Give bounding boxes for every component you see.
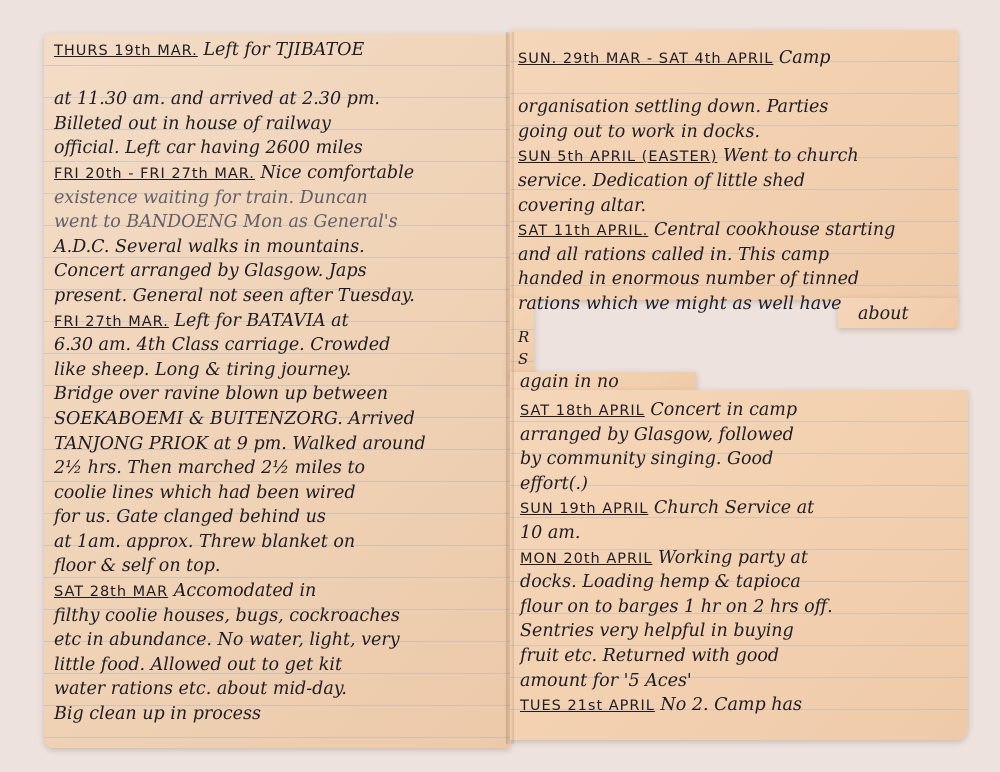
diary-line: and all rations called in. This camp (518, 243, 895, 268)
right-page-top-text: SUN. 29th MAR - SAT 4th APRIL Camp organ… (518, 46, 895, 317)
diary-line: filthy coolie houses, bugs, cockroaches (54, 604, 426, 629)
right-page-bottom-text: SAT 18th APRIL Concert in camp arranged … (520, 398, 833, 718)
torn-strip-text: again in no (520, 370, 619, 395)
diary-line: SUN 5th APRIL (EASTER) Went to church (518, 144, 895, 169)
torn-flap-text: about (858, 302, 908, 327)
diary-line: 2½ hrs. Then marched 2½ miles to (54, 456, 426, 481)
diary-line: amount for '5 Aces' (520, 669, 833, 694)
diary-line: SAT 18th APRIL Concert in camp (520, 398, 833, 423)
diary-line: organisation settling down. Parties (518, 95, 895, 120)
diary-line: 10 am. (520, 521, 833, 546)
diary-line: service. Dedication of little shed (518, 169, 895, 194)
diary-line: rations which we might as well have (518, 292, 895, 317)
diary-line: covering altar. (518, 194, 895, 219)
diary-line: SOEKABOEMI & BUITENZORG. Arrived (54, 407, 426, 432)
diary-line: for us. Gate clanged behind us (54, 505, 426, 530)
diary-line: at 1am. approx. Threw blanket on (54, 530, 426, 555)
diary-line: SUN 19th APRIL Church Service at (520, 496, 833, 521)
diary-line: water rations etc. about mid-day. (54, 677, 426, 702)
edge-letter: S (518, 348, 529, 370)
diary-line: going out to work in docks. (518, 120, 895, 145)
diary-line: MON 20th APRIL Working party at (520, 546, 833, 571)
strip-words: again in no (520, 370, 619, 395)
diary-line: THURS 19th MAR. Left for TJIBATOE (54, 38, 426, 63)
diary-line: arranged by Glasgow, followed (520, 423, 833, 448)
notebook-spine (506, 32, 514, 744)
diary-line: flour on to barges 1 hr on 2 hrs off. (520, 595, 833, 620)
diary-line: went to BANDOENG Mon as General's (54, 210, 426, 235)
diary-notebook: THURS 19th MAR. Left for TJIBATOE at 11.… (0, 0, 1000, 772)
diary-line: coolie lines which had been wired (54, 481, 426, 506)
diary-line: like sheep. Long & tiring journey. (54, 358, 426, 383)
diary-line: Big clean up in process (54, 702, 426, 727)
diary-line: 6.30 am. 4th Class carriage. Crowded (54, 333, 426, 358)
diary-line: SUN. 29th MAR - SAT 4th APRIL Camp (518, 46, 895, 71)
diary-line: Concert arranged by Glasgow. Japs (54, 259, 426, 284)
diary-line (54, 63, 426, 88)
diary-line: handed in enormous number of tinned (518, 267, 895, 292)
diary-line: FRI 20th - FRI 27th MAR. Nice comfortabl… (54, 161, 426, 186)
diary-line: by community singing. Good (520, 447, 833, 472)
diary-line: floor & self on top. (54, 554, 426, 579)
left-page-text: THURS 19th MAR. Left for TJIBATOE at 11.… (54, 38, 426, 727)
diary-line: little food. Allowed out to get kit (54, 653, 426, 678)
diary-line: etc in abundance. No water, light, very (54, 628, 426, 653)
flap-word: about (858, 302, 908, 327)
diary-line: official. Left car having 2600 miles (54, 136, 426, 161)
diary-line: TUES 21st APRIL No 2. Camp has (520, 693, 833, 718)
diary-line: SAT 11th APRIL. Central cookhouse starti… (518, 218, 895, 243)
diary-line: existence waiting for train. Duncan (54, 186, 426, 211)
diary-line: Bridge over ravine blown up between (54, 382, 426, 407)
diary-line: docks. Loading hemp & tapioca (520, 570, 833, 595)
torn-edge-letters: R S (518, 326, 529, 370)
diary-line: TANJONG PRIOK at 9 pm. Walked around (54, 432, 426, 457)
diary-line: effort(.) (520, 472, 833, 497)
diary-line: SAT 28th MAR Accomodated in (54, 579, 426, 604)
diary-line: Sentries very helpful in buying (520, 619, 833, 644)
diary-line: at 11.30 am. and arrived at 2.30 pm. (54, 87, 426, 112)
diary-line: fruit etc. Returned with good (520, 644, 833, 669)
diary-line (518, 71, 895, 96)
diary-line: Billeted out in house of railway (54, 112, 426, 137)
diary-line: A.D.C. Several walks in mountains. (54, 235, 426, 260)
diary-line: FRI 27th MAR. Left for BATAVIA at (54, 309, 426, 334)
diary-line: present. General not seen after Tuesday. (54, 284, 426, 309)
edge-letter: R (518, 326, 529, 348)
